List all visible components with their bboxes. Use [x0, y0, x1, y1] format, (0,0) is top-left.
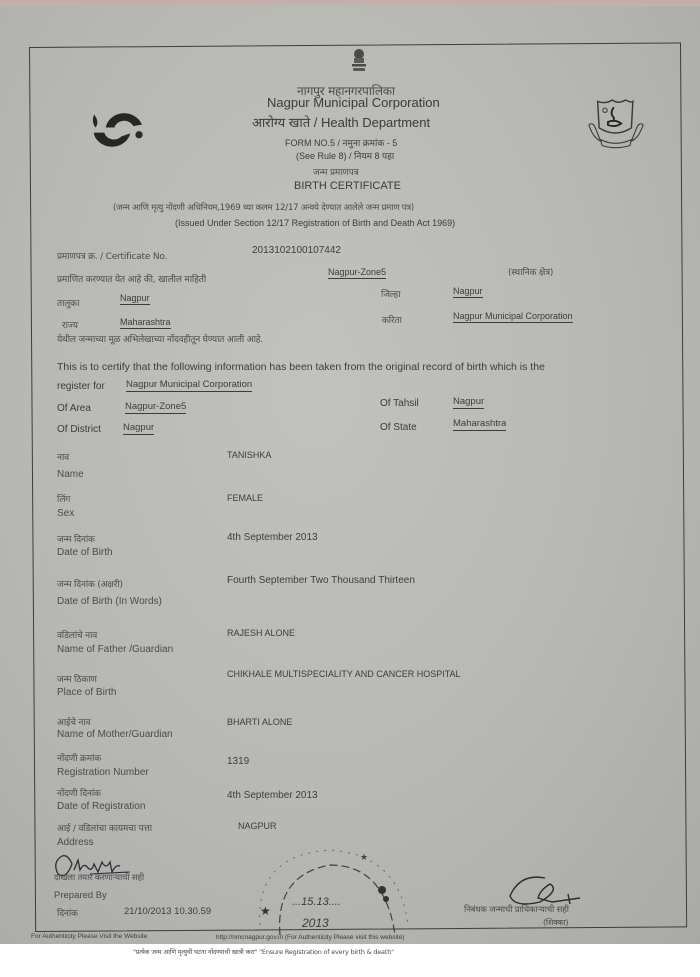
tahsil-label: Of Tahsil [380, 398, 419, 409]
field-value: 4th September 2013 [227, 790, 318, 801]
field-label-mr: आईचे नाव [57, 715, 90, 728]
field-value: 4th September 2013 [227, 532, 318, 543]
registrar-sign-label: निबंधक जन्माची प्राधिकाऱ्याची सही [464, 904, 569, 915]
district-label: Of District [57, 424, 101, 435]
field-value: Fourth September Two Thousand Thirteen [227, 575, 415, 586]
title-marathi: जन्म प्रमाणपत्र [313, 165, 358, 178]
field-label-mr: नोंदणी क्रमांक [57, 751, 101, 764]
stamp-year: 2013 [302, 916, 329, 930]
zone-value: Nagpur-Zone5 [328, 267, 386, 279]
register-note: येथील जन्माच्या मूळ अभिलेखाच्या नोंदवहीत… [57, 332, 263, 345]
act-marathi: (जन्म आणि मृत्यु नोंदणी अधिनियम,1969 च्य… [113, 202, 414, 213]
field-label-mr: आई / वडिलांचा कायमचा पत्ता [57, 821, 152, 834]
field-label: Place of Birth [57, 687, 116, 698]
register-for-value: Nagpur Municipal Corporation [126, 379, 252, 392]
field-value: RAJESH ALONE [227, 628, 295, 638]
authenticity-note: For Authenticity Please Visit the Websit… [31, 933, 147, 940]
field-label: Date of Registration [57, 801, 145, 812]
verification-website[interactable]: http://nmcnagpur.gov.in (For Authenticit… [216, 934, 404, 941]
district-value: Nagpur [123, 422, 154, 435]
local-area-label: (स्थानिक क्षेत्र) [508, 265, 553, 278]
field-value: TANISHKA [227, 450, 271, 460]
state-value-mr: Maharashtra [120, 317, 171, 329]
field-label: Sex [57, 508, 74, 519]
area-label: Of Area [57, 403, 91, 414]
corporation-value: Nagpur Municipal Corporation [453, 311, 573, 323]
department-name: आरोग्य खाते / Health Department [252, 113, 430, 131]
tahsil-value: Nagpur [453, 396, 484, 409]
rule-reference: (See Rule 8) / नियम 8 पहा [296, 149, 394, 162]
nmc-crest-icon [583, 88, 649, 156]
field-value: 1319 [227, 756, 249, 767]
certificate-title: BIRTH CERTIFICATE [294, 180, 401, 192]
field-value: NAGPUR [238, 821, 277, 831]
official-stamp-icon: ★ ★ [240, 845, 410, 945]
field-label-mr: नोंदणी दिनांक [57, 786, 101, 799]
field-label-mr: वडिलांचे नाव [57, 628, 97, 641]
certificate-no-label: प्रमाणपत्र क्र. / Certificate No. [57, 249, 167, 262]
national-emblem-icon [348, 48, 370, 74]
svg-text:★: ★ [360, 852, 368, 862]
register-for-label: register for [57, 381, 105, 392]
act-reference: (Issued Under Section 12/17 Registration… [175, 218, 455, 228]
field-label-mr: जन्म दिनांक [57, 532, 95, 545]
field-label: Name of Mother/Guardian [57, 729, 173, 740]
field-label: Registration Number [57, 767, 149, 778]
prepared-by-marathi: दाखला तयार करणाऱ्याची सही [54, 872, 144, 883]
field-label: Name of Father /Guardian [57, 644, 173, 655]
registration-slogan: "प्रत्येक जन्म आणि मृत्युची घटना नोंदण्य… [133, 947, 394, 956]
field-value: CHIKHALE MULTISPECIALITY AND CANCER HOSP… [227, 669, 461, 679]
prepared-by-label: Prepared By [54, 890, 107, 901]
nmc-logo-icon [78, 100, 158, 158]
stamp-text: ...15.13.... [292, 896, 341, 908]
form-number: FORM NO.5 / नमुना क्रमांक - 5 [285, 136, 397, 149]
org-name: Nagpur Municipal Corporation [267, 95, 440, 110]
field-label-mr: जन्म ठिकाण [57, 672, 97, 685]
field-value: FEMALE [227, 493, 263, 503]
corporation-label: करिता [382, 313, 402, 326]
state-label: Of State [380, 422, 417, 433]
field-label-mr: नाव [57, 450, 69, 463]
district-value-mr: Nagpur [453, 286, 483, 298]
taluka-value: Nagpur [120, 293, 150, 305]
district-label-mr: जिल्हा [381, 287, 400, 300]
seal-label: (शिक्का) [543, 917, 568, 928]
field-label: Name [57, 469, 84, 480]
state-label-mr: राज्य [62, 318, 78, 331]
field-label-mr: लिंग [57, 492, 70, 505]
svg-text:★: ★ [260, 904, 271, 918]
certificate-no-label-text: प्रमाणपत्र क्र. / Certificate No. [57, 252, 167, 262]
field-label: Date of Birth [57, 547, 113, 558]
area-value: Nagpur-Zone5 [125, 401, 186, 414]
prepared-date: 21/10/2013 10.30.59 [124, 906, 211, 917]
taluka-label: तालुका [57, 296, 79, 309]
certify-statement: This is to certify that the following in… [57, 361, 545, 373]
field-label: Address [57, 837, 94, 848]
field-value: BHARTI ALONE [227, 717, 292, 727]
state-value: Maharashtra [453, 418, 506, 431]
certificate-no: 2013102100107442 [252, 245, 341, 256]
field-label: Date of Birth (In Words) [57, 596, 162, 607]
date-label: दिनांक [57, 906, 78, 919]
info-label: प्रमाणित करण्यात येत आहे की, खालील माहित… [57, 272, 206, 285]
field-label-mr: जन्म दिनांक (अक्षरी) [57, 577, 123, 590]
